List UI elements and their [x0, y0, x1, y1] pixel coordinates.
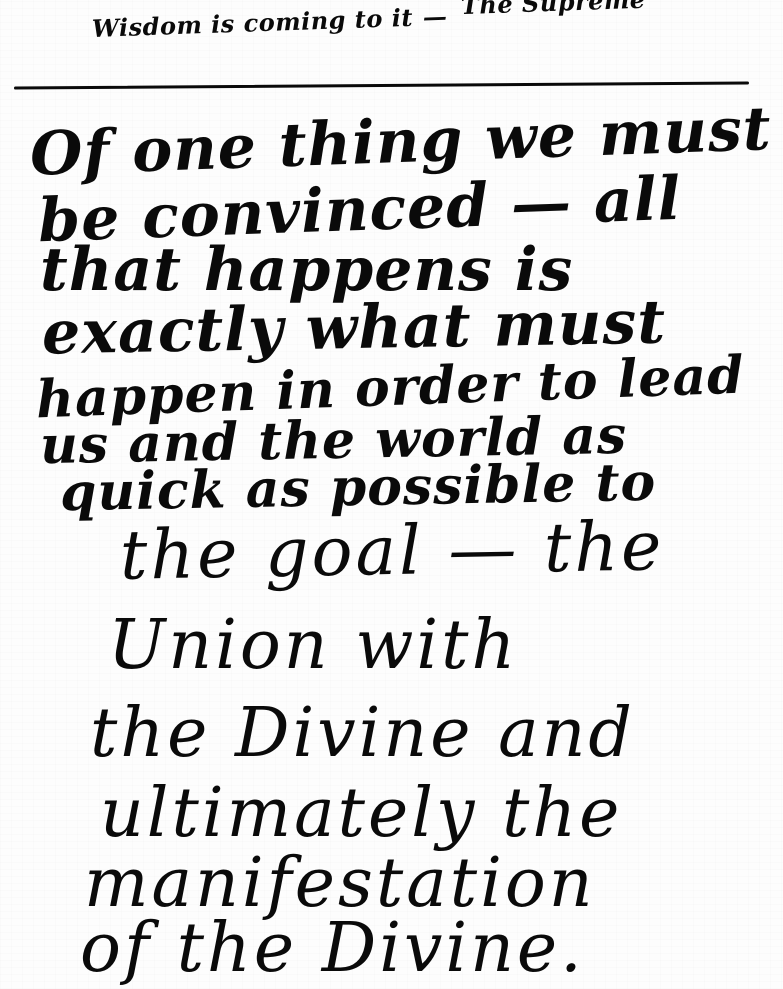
- header-underline: [14, 81, 749, 89]
- header-attribution: The Supreme: [460, 0, 645, 20]
- body-line-9: Union with: [108, 612, 518, 680]
- body-line-12: manifestation: [84, 850, 596, 918]
- body-line-10: the Divine and: [90, 700, 635, 768]
- body-line-11: ultimately the: [100, 780, 622, 848]
- header-separator: —: [422, 2, 447, 32]
- handwritten-page: Wisdom is coming to it—The Supreme Of on…: [0, 0, 783, 989]
- body-line-8: the goal — the: [119, 513, 664, 590]
- header-line: Wisdom is coming to it—The Supreme: [91, 0, 646, 43]
- body-line-13: of the Divine.: [80, 915, 585, 983]
- header-text: Wisdom is coming to it: [91, 3, 413, 43]
